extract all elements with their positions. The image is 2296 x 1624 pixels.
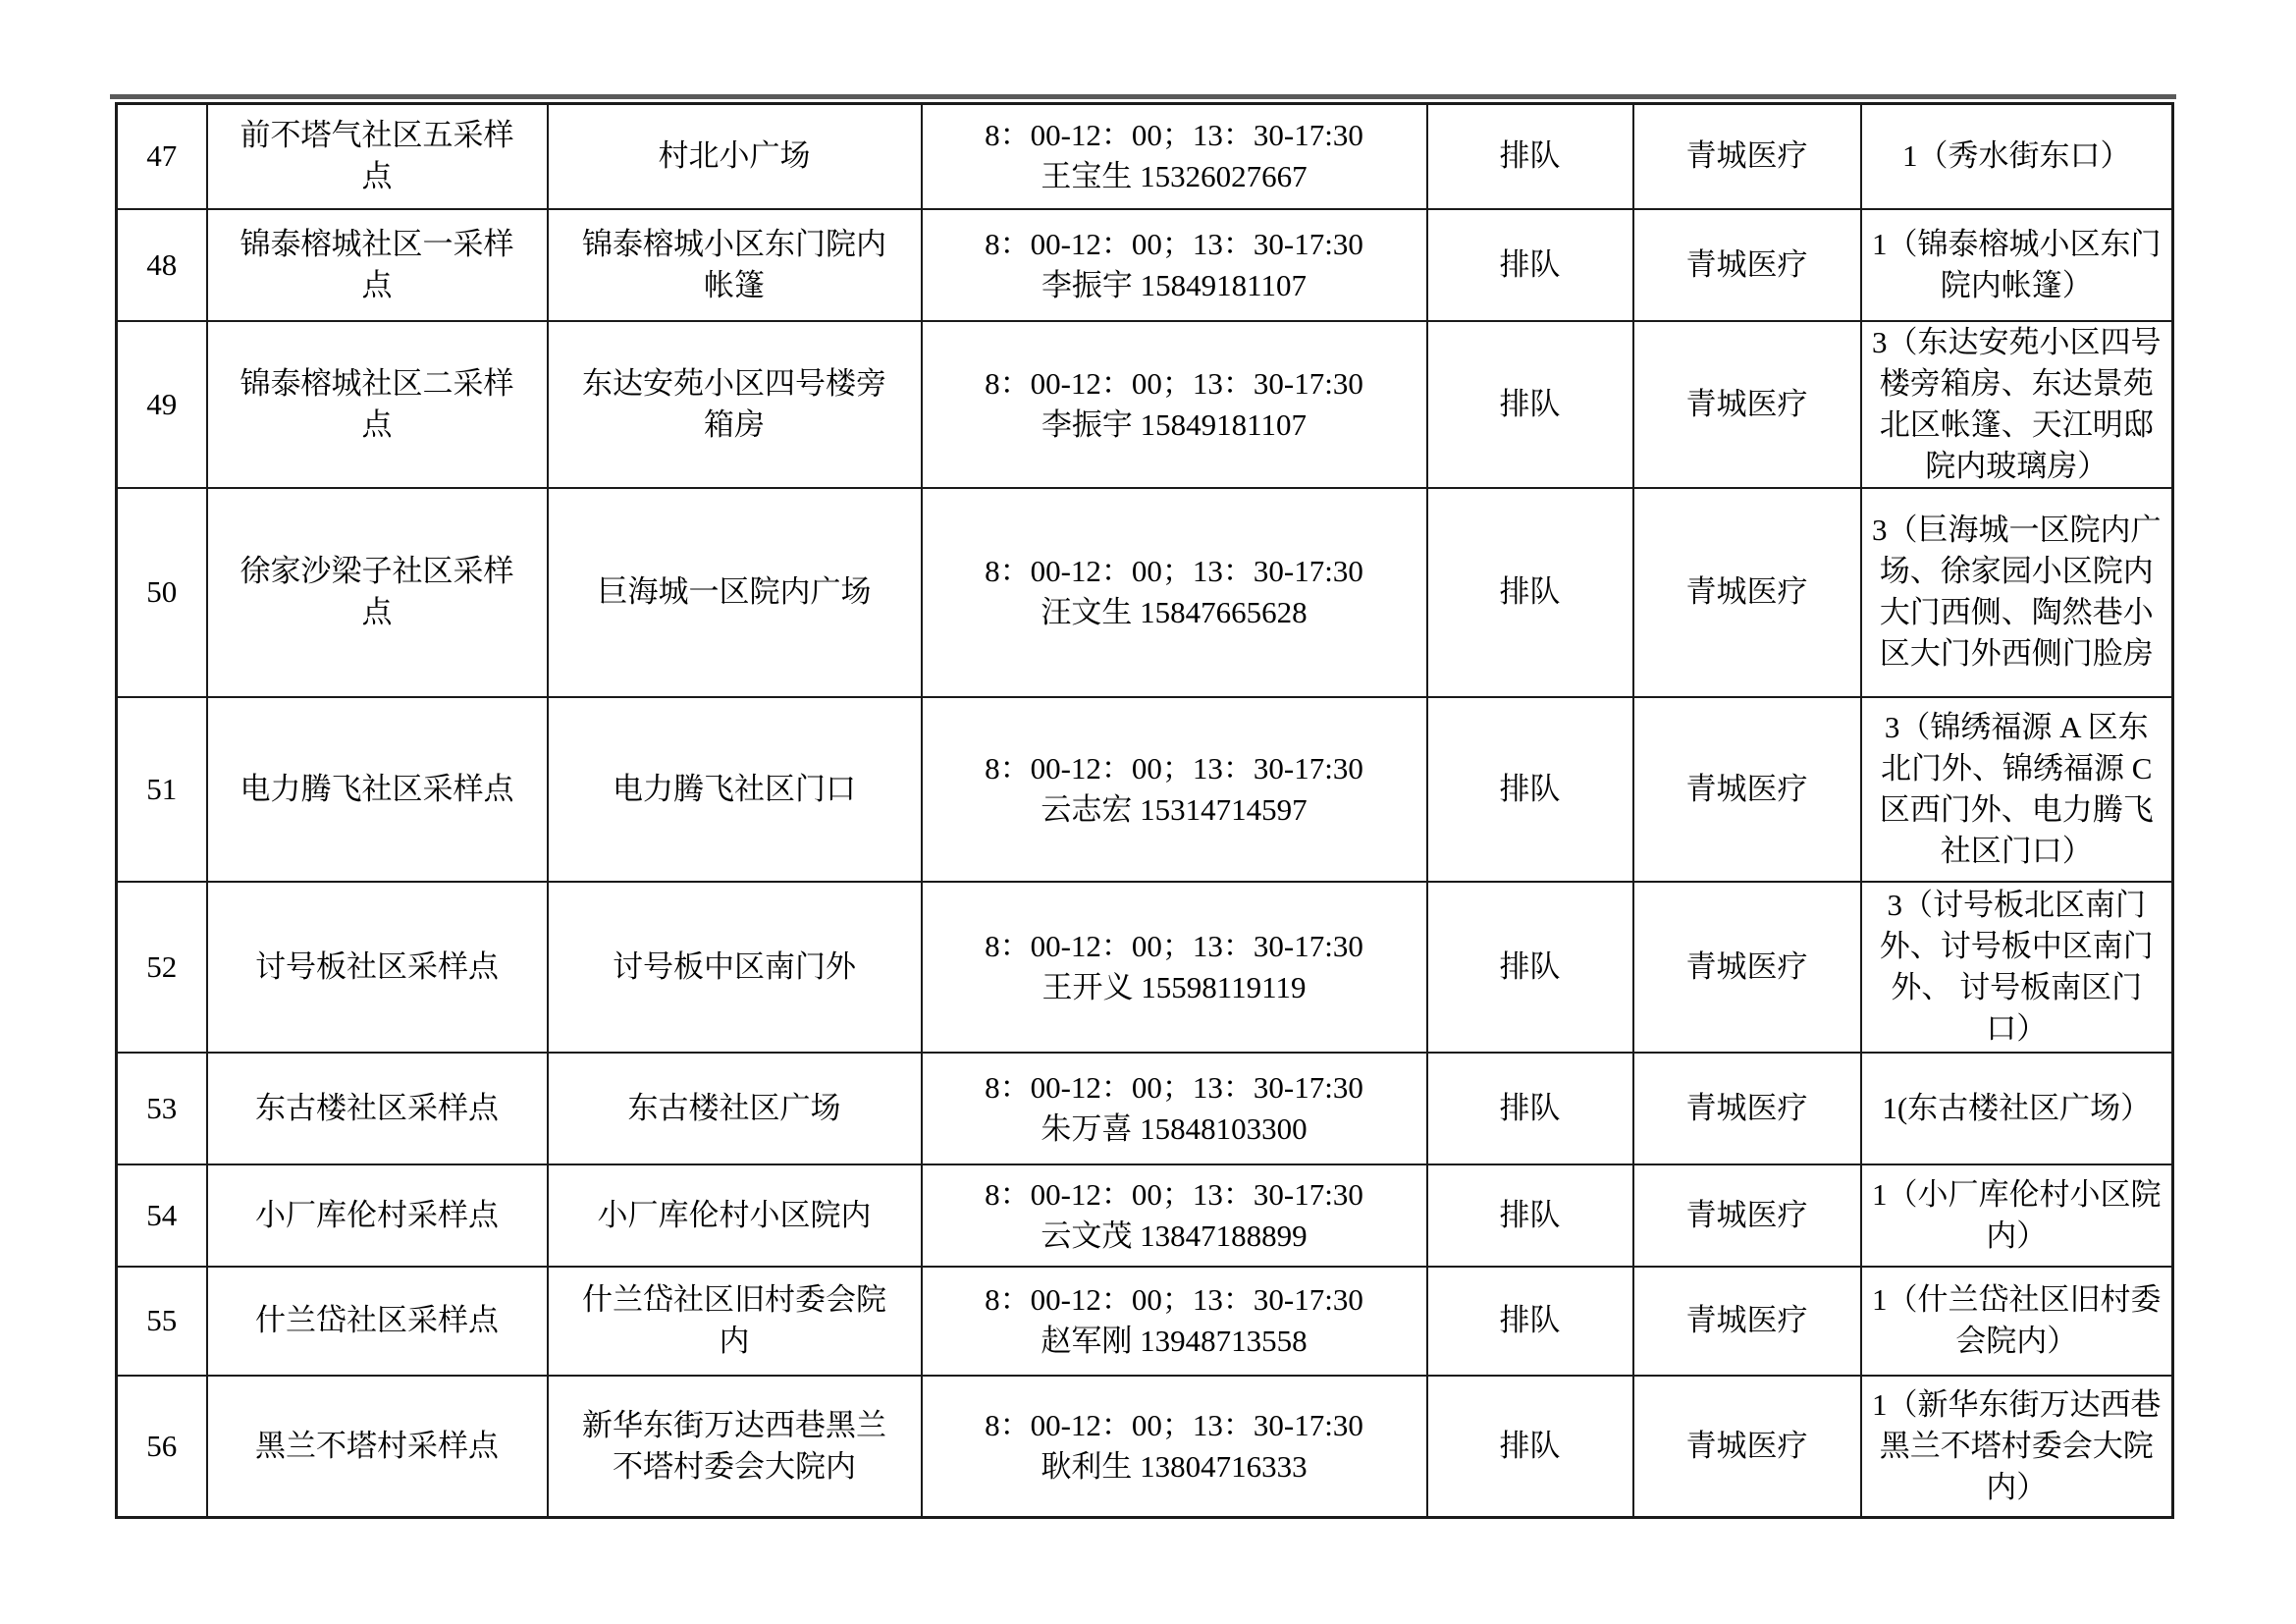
contact: 赵军刚 13948713558	[938, 1321, 1411, 1362]
table-row: 50 徐家沙梁子社区采样点 巨海城一区院内广场 8：00-12：00；13：30…	[117, 488, 2173, 697]
site-name: 前不塔气社区五采样点	[207, 104, 548, 209]
hours: 8：00-12：00；13：30-17:30	[938, 1067, 1411, 1109]
contact: 耿利生 13804716333	[938, 1446, 1411, 1488]
sampling-method: 排队	[1427, 882, 1633, 1053]
table-row: 53 东古楼社区采样点 东古楼社区广场 8：00-12：00；13：30-17:…	[117, 1053, 2173, 1164]
sampling-org: 青城医疗	[1633, 697, 1861, 882]
sampling-method: 排队	[1427, 209, 1633, 321]
hours: 8：00-12：00；13：30-17:30	[938, 363, 1411, 405]
hours-and-contact: 8：00-12：00；13：30-17:30 赵军刚 13948713558	[922, 1267, 1427, 1376]
sampling-org: 青城医疗	[1633, 209, 1861, 321]
hours: 8：00-12：00；13：30-17:30	[938, 1174, 1411, 1216]
sampling-org: 青城医疗	[1633, 882, 1861, 1053]
hours-and-contact: 8：00-12：00；13：30-17:30 李振宇 15849181107	[922, 321, 1427, 488]
sampling-method: 排队	[1427, 1267, 1633, 1376]
sampling-org: 青城医疗	[1633, 488, 1861, 697]
site-location: 村北小广场	[548, 104, 922, 209]
contact: 王开义 15598119119	[938, 967, 1411, 1008]
sampling-org: 青城医疗	[1633, 1053, 1861, 1164]
table-row: 55 什兰岱社区采样点 什兰岱社区旧村委会院内 8：00-12：00；13：30…	[117, 1267, 2173, 1376]
stations-note: 3（东达安苑小区四号楼旁箱房、东达景苑北区帐篷、天江明邸院内玻璃房）	[1861, 321, 2173, 488]
stations-note: 1（秀水街东口）	[1861, 104, 2173, 209]
sampling-org: 青城医疗	[1633, 1376, 1861, 1518]
site-location: 电力腾飞社区门口	[548, 697, 922, 882]
hours-and-contact: 8：00-12：00；13：30-17:30 王开义 15598119119	[922, 882, 1427, 1053]
site-name: 电力腾飞社区采样点	[207, 697, 548, 882]
table-row: 49 锦泰榕城社区二采样点 东达安苑小区四号楼旁箱房 8：00-12：00；13…	[117, 321, 2173, 488]
row-number: 54	[117, 1164, 207, 1267]
hours-and-contact: 8：00-12：00；13：30-17:30 云志宏 15314714597	[922, 697, 1427, 882]
stations-note: 3（讨号板北区南门外、讨号板中区南门外、 讨号板南区门口）	[1861, 882, 2173, 1053]
hours-and-contact: 8：00-12：00；13：30-17:30 汪文生 15847665628	[922, 488, 1427, 697]
row-number: 50	[117, 488, 207, 697]
stations-note: 3（巨海城一区院内广场、徐家园小区院内大门西侧、陶然巷小区大门外西侧门脸房	[1861, 488, 2173, 697]
contact: 李振宇 15849181107	[938, 265, 1411, 306]
sampling-method: 排队	[1427, 1164, 1633, 1267]
row-number: 53	[117, 1053, 207, 1164]
table-row: 54 小厂库伦村采样点 小厂库伦村小区院内 8：00-12：00；13：30-1…	[117, 1164, 2173, 1267]
row-number: 47	[117, 104, 207, 209]
site-location: 锦泰榕城小区东门院内帐篷	[548, 209, 922, 321]
row-number: 49	[117, 321, 207, 488]
hours-and-contact: 8：00-12：00；13：30-17:30 耿利生 13804716333	[922, 1376, 1427, 1518]
row-number: 56	[117, 1376, 207, 1518]
stations-note: 3（锦绣福源 A 区东北门外、锦绣福源 C 区西门外、电力腾飞社区门口）	[1861, 697, 2173, 882]
site-name: 黑兰不塔村采样点	[207, 1376, 548, 1518]
sampling-method: 排队	[1427, 104, 1633, 209]
row-number: 55	[117, 1267, 207, 1376]
table-continued-top-rule	[110, 94, 2176, 99]
hours-and-contact: 8：00-12：00；13：30-17:30 李振宇 15849181107	[922, 209, 1427, 321]
stations-note: 1（小厂库伦村小区院内）	[1861, 1164, 2173, 1267]
site-location: 巨海城一区院内广场	[548, 488, 922, 697]
row-number: 48	[117, 209, 207, 321]
hours: 8：00-12：00；13：30-17:30	[938, 224, 1411, 265]
hours: 8：00-12：00；13：30-17:30	[938, 1279, 1411, 1321]
sampling-points-table: 47 前不塔气社区五采样点 村北小广场 8：00-12：00；13：30-17:…	[115, 102, 2174, 1519]
stations-note: 1(东古楼社区广场）	[1861, 1053, 2173, 1164]
table-row: 47 前不塔气社区五采样点 村北小广场 8：00-12：00；13：30-17:…	[117, 104, 2173, 209]
sampling-method: 排队	[1427, 1053, 1633, 1164]
contact: 云志宏 15314714597	[938, 789, 1411, 831]
sampling-method: 排队	[1427, 321, 1633, 488]
hours: 8：00-12：00；13：30-17:30	[938, 926, 1411, 967]
row-number: 52	[117, 882, 207, 1053]
table-row: 52 讨号板社区采样点 讨号板中区南门外 8：00-12：00；13：30-17…	[117, 882, 2173, 1053]
site-name: 东古楼社区采样点	[207, 1053, 548, 1164]
row-number: 51	[117, 697, 207, 882]
table-row: 48 锦泰榕城社区一采样点 锦泰榕城小区东门院内帐篷 8：00-12：00；13…	[117, 209, 2173, 321]
site-name: 锦泰榕城社区一采样点	[207, 209, 548, 321]
site-location: 什兰岱社区旧村委会院内	[548, 1267, 922, 1376]
site-location: 新华东街万达西巷黑兰不塔村委会大院内	[548, 1376, 922, 1518]
stations-note: 1（锦泰榕城小区东门院内帐篷）	[1861, 209, 2173, 321]
hours: 8：00-12：00；13：30-17:30	[938, 551, 1411, 592]
stations-note: 1（新华东街万达西巷黑兰不塔村委会大院内）	[1861, 1376, 2173, 1518]
sampling-method: 排队	[1427, 697, 1633, 882]
contact: 汪文生 15847665628	[938, 592, 1411, 633]
contact: 王宝生 15326027667	[938, 156, 1411, 197]
site-location: 小厂库伦村小区院内	[548, 1164, 922, 1267]
hours-and-contact: 8：00-12：00；13：30-17:30 朱万喜 15848103300	[922, 1053, 1427, 1164]
hours-and-contact: 8：00-12：00；13：30-17:30 云文茂 13847188899	[922, 1164, 1427, 1267]
sampling-method: 排队	[1427, 1376, 1633, 1518]
sampling-org: 青城医疗	[1633, 1164, 1861, 1267]
site-name: 小厂库伦村采样点	[207, 1164, 548, 1267]
hours: 8：00-12：00；13：30-17:30	[938, 1405, 1411, 1446]
table-row: 56 黑兰不塔村采样点 新华东街万达西巷黑兰不塔村委会大院内 8：00-12：0…	[117, 1376, 2173, 1518]
sampling-method: 排队	[1427, 488, 1633, 697]
site-name: 徐家沙梁子社区采样点	[207, 488, 548, 697]
contact: 李振宇 15849181107	[938, 405, 1411, 446]
contact: 云文茂 13847188899	[938, 1216, 1411, 1257]
site-location: 东古楼社区广场	[548, 1053, 922, 1164]
sampling-org: 青城医疗	[1633, 321, 1861, 488]
table-row: 51 电力腾飞社区采样点 电力腾飞社区门口 8：00-12：00；13：30-1…	[117, 697, 2173, 882]
site-location: 东达安苑小区四号楼旁箱房	[548, 321, 922, 488]
site-name: 讨号板社区采样点	[207, 882, 548, 1053]
sampling-org: 青城医疗	[1633, 1267, 1861, 1376]
site-location: 讨号板中区南门外	[548, 882, 922, 1053]
hours-and-contact: 8：00-12：00；13：30-17:30 王宝生 15326027667	[922, 104, 1427, 209]
site-name: 锦泰榕城社区二采样点	[207, 321, 548, 488]
page: { "table": { "rows": [ { "no": "47", "na…	[0, 0, 2296, 1624]
hours: 8：00-12：00；13：30-17:30	[938, 115, 1411, 156]
site-name: 什兰岱社区采样点	[207, 1267, 548, 1376]
hours: 8：00-12：00；13：30-17:30	[938, 748, 1411, 789]
sampling-org: 青城医疗	[1633, 104, 1861, 209]
contact: 朱万喜 15848103300	[938, 1109, 1411, 1150]
stations-note: 1（什兰岱社区旧村委会院内）	[1861, 1267, 2173, 1376]
